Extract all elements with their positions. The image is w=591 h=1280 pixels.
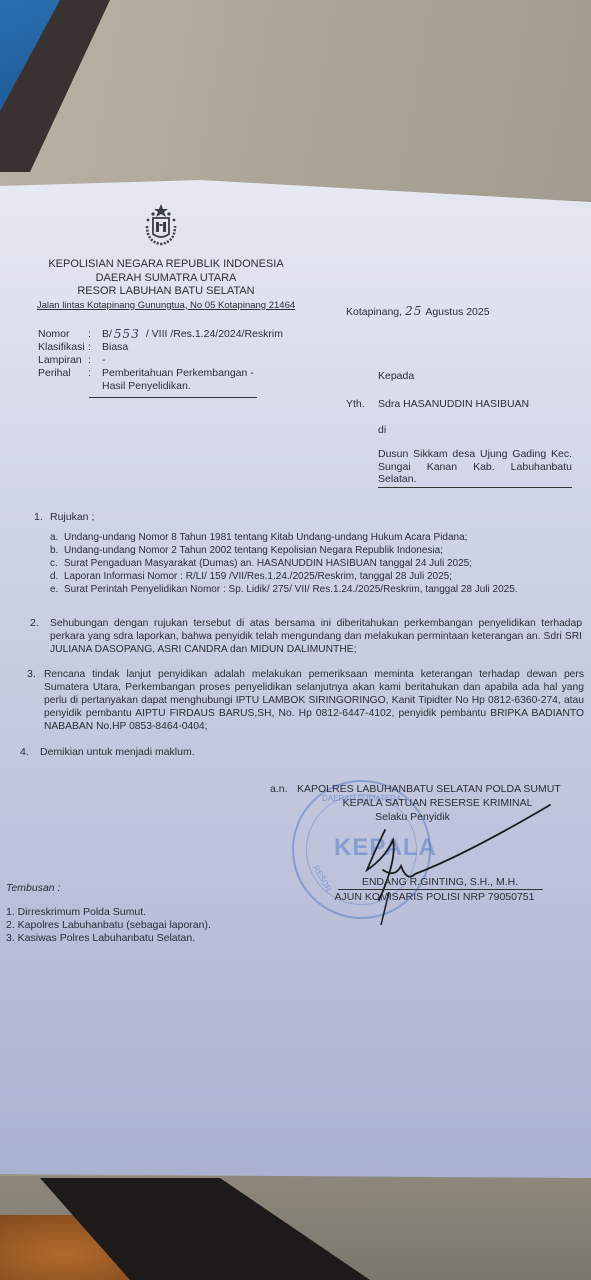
di-label: di: [378, 424, 386, 437]
letterhead-address: Jalan lintas Kotapinang Gunungtua, No 05…: [30, 299, 302, 313]
meta-lampiran: Lampiran : -: [38, 354, 283, 367]
item-2-number: 2.: [30, 617, 39, 629]
signature-title-1: KAPOLRES LABUHANBATU SELATAN POLDA SUMUT: [297, 783, 561, 796]
letterhead-org: KEPOLISIAN NEGARA REPUBLIK INDONESIA DAE…: [30, 258, 302, 312]
perihal-underline: [89, 397, 257, 398]
police-emblem-icon: [143, 202, 179, 246]
tembusan-list: 1. Dirreskrimum Polda Sumut. 2. Kapolres…: [6, 906, 211, 945]
item-4-text: Demikian untuk menjadi maklum.: [40, 746, 195, 759]
tembusan-item: 1. Dirreskrimum Polda Sumut.: [6, 906, 211, 919]
handwritten-day: 25: [405, 304, 422, 318]
letterhead-line-1: KEPOLISIAN NEGARA REPUBLIK INDONESIA: [30, 258, 302, 272]
letterhead-line-3: RESOR LABUHAN BATU SELATAN: [30, 285, 302, 299]
addressee-name: Sdra HASANUDDIN HASIBUAN: [378, 398, 529, 411]
signature-an: a.n.: [270, 783, 288, 796]
reference-item: d.Laporan Informasi Nomor : R/LI/ 159 /V…: [50, 570, 518, 583]
item-4-number: 4.: [20, 746, 29, 758]
reference-item: c.Surat Pengaduan Masyarakat (Dumas) an.…: [50, 557, 518, 570]
signer-rank: AJUN KOMISARIS POLISI NRP 79050751: [312, 891, 557, 904]
tembusan-title: Tembusan :: [6, 882, 60, 895]
reference-item: e.Surat Perintah Penyelidikan Nomor : Sp…: [50, 583, 518, 596]
signer-name: ENDANG R.GINTING, S.H., M.H.: [335, 876, 545, 889]
letter-paper: KEPOLISIAN NEGARA REPUBLIK INDONESIA DAE…: [0, 168, 591, 1178]
yth-label: Yth.: [346, 398, 365, 411]
item-2-text: Sehubungan dengan rujukan tersebut di at…: [50, 617, 582, 656]
letterhead-line-2: DAERAH SUMATRA UTARA: [30, 272, 302, 286]
addressee-address: Dusun Sikkam desa Ujung Gading Kec. Sung…: [378, 448, 572, 486]
address-underline: [378, 487, 572, 488]
meta-nomor: Nomor : B/ 553 / VIII /Res.1.24/2024/Res…: [38, 328, 283, 341]
item-3-number: 3.: [27, 668, 36, 680]
meta-klasifikasi: Klasifikasi : Biasa: [38, 341, 283, 354]
item-1-number: 1.: [34, 511, 43, 523]
letter-date: Kotapinang,25Agustus 2025: [346, 305, 490, 319]
signature-underline: [338, 889, 543, 890]
reference-list: a.Undang-undang Nomor 8 Tahun 1981 tenta…: [50, 531, 518, 596]
tembusan-item: 3. Kasiwas Polres Labuhanbatu Selatan.: [6, 932, 211, 945]
meta-perihal: Perihal : Pemberitahuan Perkembangan -: [38, 367, 283, 380]
reference-item: a.Undang-undang Nomor 8 Tahun 1981 tenta…: [50, 531, 518, 544]
tembusan-item: 2. Kapolres Labuhanbatu (sebagai laporan…: [6, 919, 211, 932]
handwritten-signature: [355, 800, 585, 925]
letter-meta: Nomor : B/ 553 / VIII /Res.1.24/2024/Res…: [38, 328, 283, 393]
handwritten-number: 553: [114, 328, 140, 341]
reference-item: b.Undang-undang Nomor 2 Tahun 2002 tenta…: [50, 544, 518, 557]
item-3-text: Rencana tindak lanjut penyidikan adalah …: [44, 668, 584, 733]
item-1-title: Rujukan ;: [50, 511, 94, 524]
kepada-label: Kepada: [378, 370, 414, 383]
perihal-line-2: Hasil Penyelidikan.: [102, 380, 191, 393]
